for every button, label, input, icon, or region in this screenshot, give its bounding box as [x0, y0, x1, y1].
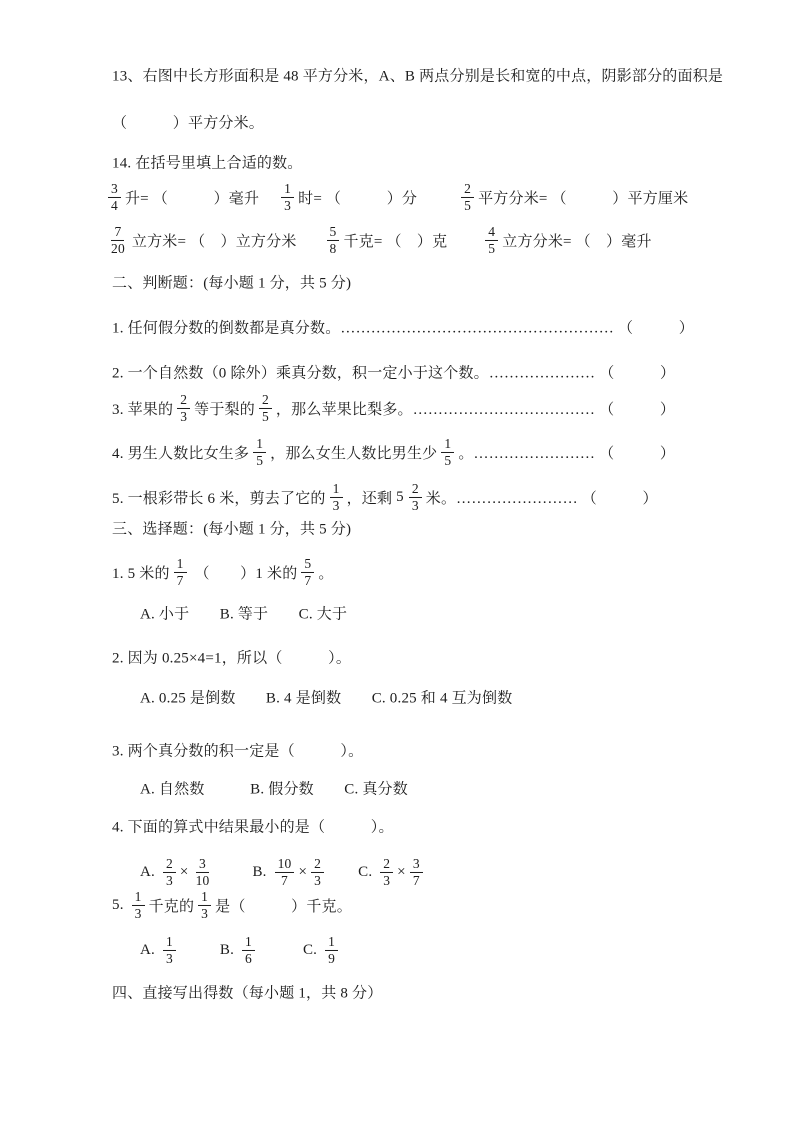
- fraction-numerator: 2: [163, 856, 176, 873]
- document-page: 13、右图中长方形面积是 48 平方分米，A、B 两点分别是长和宽的中点，阴影部…: [0, 0, 793, 1122]
- fraction-denominator: 3: [380, 873, 393, 889]
- fraction-numerator: 2: [177, 392, 190, 409]
- judgment-item-5: 5. 一根彩带长 6 米，剪去了它的13，还剩 523米。…………………… （ …: [112, 481, 658, 513]
- text-run: ×: [298, 864, 307, 881]
- fraction-denominator: 3: [132, 906, 145, 922]
- text-run: 立方分米= （ ）毫升: [502, 230, 651, 251]
- fraction-numerator: 10: [275, 856, 295, 873]
- fraction: 15: [253, 436, 266, 468]
- fraction-numerator: 1: [198, 889, 211, 906]
- fraction-numerator: 2: [311, 856, 324, 873]
- choice-item-2: 2. 因为 0.25×4=1，所以（ ）。: [112, 647, 351, 668]
- fraction: 23: [409, 481, 422, 513]
- fraction-denominator: 5: [485, 241, 498, 257]
- fraction-denominator: 10: [193, 873, 213, 889]
- fraction: 13: [198, 889, 211, 921]
- spacer: [259, 197, 277, 198]
- choice-item-3-options: A. 自然数 B. 假分数 C. 真分数: [140, 778, 408, 799]
- fraction-denominator: 7: [301, 573, 314, 589]
- text-run: 5.: [112, 897, 128, 914]
- fraction: 58: [327, 224, 340, 256]
- fraction: 23: [163, 856, 176, 888]
- text-run: A.: [140, 942, 159, 959]
- fraction: 19: [325, 934, 338, 966]
- fraction-numerator: 7: [111, 224, 124, 241]
- question-14-title: 14. 在括号里填上合适的数。: [112, 152, 303, 173]
- judgment-item-3: 3. 苹果的23等于梨的25，那么苹果比梨多。……………………………… （ ）: [112, 392, 675, 424]
- mixed-number-whole: 5: [396, 489, 404, 506]
- text-run: 升= （ ）毫升: [125, 187, 259, 208]
- fraction-numerator: 3: [410, 856, 423, 873]
- fraction-denominator: 7: [278, 873, 291, 889]
- text-run: 3. 苹果的: [112, 398, 173, 419]
- fraction-numerator: 1: [325, 934, 338, 951]
- fraction-denominator: 3: [409, 498, 422, 514]
- choice-item-5-options: A. 13B. 16C. 19: [140, 934, 342, 966]
- text-run: ，那么苹果比梨多。……………………………… （ ）: [276, 398, 675, 419]
- text-run: 平方分米= （ ）平方厘米: [478, 187, 688, 208]
- text-run: ×: [180, 864, 189, 881]
- fraction: 310: [193, 856, 213, 888]
- fraction: 25: [259, 392, 272, 424]
- text-run: C.: [303, 942, 321, 959]
- fraction-numerator: 5: [301, 556, 314, 573]
- fraction-numerator: 1: [441, 436, 454, 453]
- fraction-denominator: 5: [461, 198, 474, 214]
- fraction-denominator: 8: [327, 241, 340, 257]
- spacer: [259, 950, 303, 951]
- fraction: 45: [485, 224, 498, 256]
- mixed-number: 523: [396, 481, 426, 513]
- fraction-numerator: 1: [330, 481, 343, 498]
- text-run: 立方米= （ ）立方分米: [132, 230, 297, 251]
- fraction-numerator: 2: [380, 856, 393, 873]
- text-run: B.: [220, 942, 238, 959]
- fraction: 13: [163, 934, 176, 966]
- section-2-judgment-title: 二、判断题：(每小题 1 分，共 5 分): [112, 272, 351, 293]
- text-run: 是（ ）千克。: [215, 895, 352, 916]
- fraction: 37: [410, 856, 423, 888]
- fraction-denominator: 5: [253, 453, 266, 469]
- fraction-denominator: 5: [441, 453, 454, 469]
- fraction-denominator: 3: [177, 409, 190, 425]
- text-run: ，还剩: [347, 487, 397, 508]
- choice-item-4: 4. 下面的算式中结果最小的是（ ）。: [112, 816, 394, 837]
- fraction-denominator: 3: [311, 873, 324, 889]
- fraction-numerator: 1: [163, 934, 176, 951]
- fraction-denominator: 3: [330, 498, 343, 514]
- spacer: [297, 240, 323, 241]
- question-14-conversion-row-1: 34升= （ ）毫升13时= （ ）分25平方分米= （ ）平方厘米: [104, 181, 688, 213]
- spacer: [180, 950, 220, 951]
- fraction-numerator: 1: [174, 556, 187, 573]
- fraction: 107: [275, 856, 295, 888]
- text-run: 1. 5 米的: [112, 562, 170, 583]
- section-3-choice-title: 三、选择题：(每小题 1 分，共 5 分): [112, 518, 351, 539]
- fraction-denominator: 7: [410, 873, 423, 889]
- fraction-denominator: 3: [163, 873, 176, 889]
- fraction-numerator: 2: [259, 392, 272, 409]
- text-run: 米。…………………… （ ）: [426, 487, 658, 508]
- fraction-denominator: 20: [108, 241, 128, 257]
- choice-item-1: 1. 5 米的17 （ ）1 米的57。: [112, 556, 334, 588]
- text-run: ，那么女生人数比男生少: [270, 442, 437, 463]
- fraction-numerator: 3: [196, 856, 209, 873]
- text-run: 千克= （ ）克: [343, 230, 447, 251]
- judgment-item-1: 1. 任何假分数的倒数都是真分数。……………………………………………… （ ）: [112, 317, 694, 338]
- fraction-denominator: 9: [325, 951, 338, 967]
- fraction: 16: [242, 934, 255, 966]
- spacer: [417, 197, 457, 198]
- fraction: 25: [461, 181, 474, 213]
- text-run: 时= （ ）分: [298, 187, 417, 208]
- fraction: 15: [441, 436, 454, 468]
- fraction-denominator: 5: [259, 409, 272, 425]
- fraction-denominator: 7: [174, 573, 187, 589]
- spacer: [216, 872, 252, 873]
- fraction-numerator: 1: [132, 889, 145, 906]
- fraction-numerator: 2: [409, 481, 422, 498]
- text-run: 。: [318, 562, 333, 583]
- fraction: 57: [301, 556, 314, 588]
- fraction-denominator: 4: [108, 198, 121, 214]
- text-run: 5. 一根彩带长 6 米，剪去了它的: [112, 487, 326, 508]
- fraction-numerator: 1: [281, 181, 294, 198]
- text-run: ×: [397, 864, 406, 881]
- text-run: A.: [140, 864, 159, 881]
- text-run: 4. 男生人数比女生多: [112, 442, 249, 463]
- text-run: 千克的: [149, 895, 195, 916]
- fraction-denominator: 3: [198, 906, 211, 922]
- question-13-line-1: 13、右图中长方形面积是 48 平方分米，A、B 两点分别是长和宽的中点，阴影部…: [112, 65, 723, 86]
- choice-item-5: 5. 13千克的13是（ ）千克。: [112, 889, 352, 921]
- choice-item-3: 3. 两个真分数的积一定是（ ）。: [112, 740, 363, 761]
- question-13-answer-blank: （ ）平方分米。: [112, 112, 264, 133]
- choice-item-4-options: A. 23×310B. 107×23C. 23×37: [140, 856, 427, 888]
- spacer: [447, 240, 481, 241]
- judgment-item-2: 2. 一个自然数（0 除外）乘真分数，积一定小于这个数。………………… （ ）: [112, 362, 675, 383]
- fraction-numerator: 2: [461, 181, 474, 198]
- fraction: 23: [311, 856, 324, 888]
- fraction-numerator: 1: [253, 436, 266, 453]
- fraction: 23: [177, 392, 190, 424]
- fraction: 720: [108, 224, 128, 256]
- fraction: 13: [330, 481, 343, 513]
- fraction: 17: [174, 556, 187, 588]
- fraction-numerator: 1: [242, 934, 255, 951]
- choice-item-2-options: A. 0.25 是倒数 B. 4 是倒数 C. 0.25 和 4 互为倒数: [140, 687, 512, 708]
- spacer: [328, 872, 358, 873]
- fraction-denominator: 3: [281, 198, 294, 214]
- fraction-denominator: 6: [242, 951, 255, 967]
- text-run: （ ）1 米的: [191, 562, 298, 583]
- question-14-conversion-row-2: 720立方米= （ ）立方分米58千克= （ ）克45立方分米= （ ）毫升: [104, 224, 652, 256]
- fraction: 34: [108, 181, 121, 213]
- fraction-numerator: 3: [108, 181, 121, 198]
- text-run: C.: [358, 864, 376, 881]
- fraction-numerator: 5: [327, 224, 340, 241]
- section-4-title: 四、直接写出得数（每小题 1，共 8 分）: [112, 982, 382, 1003]
- choice-item-1-options: A. 小于 B. 等于 C. 大于: [140, 603, 347, 624]
- judgment-item-4: 4. 男生人数比女生多15，那么女生人数比男生少15。…………………… （ ）: [112, 436, 675, 468]
- fraction: 13: [132, 889, 145, 921]
- fraction: 23: [380, 856, 393, 888]
- text-run: B.: [252, 864, 270, 881]
- fraction-numerator: 4: [485, 224, 498, 241]
- fraction: 13: [281, 181, 294, 213]
- text-run: 等于梨的: [194, 398, 255, 419]
- fraction-denominator: 3: [163, 951, 176, 967]
- text-run: 。…………………… （ ）: [458, 442, 675, 463]
